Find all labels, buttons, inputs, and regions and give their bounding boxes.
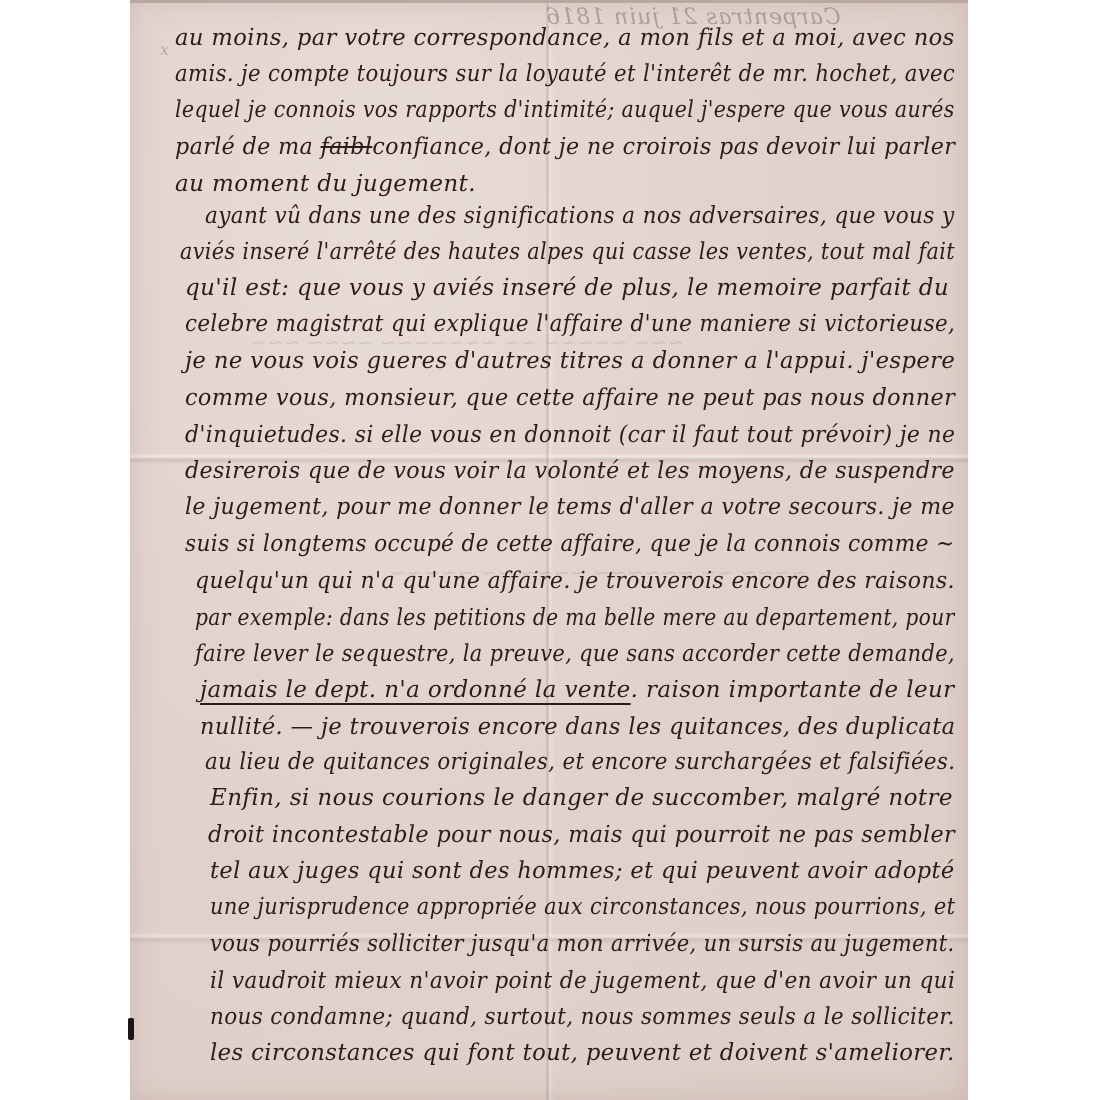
handwritten-line: aviés inseré l'arrêté des hautes alpes q… [180,239,955,265]
handwritten-line: il vaudroit mieux n'avoir point de jugem… [210,968,955,994]
handwritten-line: celebre magistrat qui explique l'affaire… [185,311,955,337]
handwritten-line: droit incontestable pour nous, mais qui … [208,822,955,848]
handwritten-line: tel aux juges qui sont des hommes; et qu… [210,858,955,884]
handwritten-line: d'inquietudes. si elle vous en donnoit (… [185,422,955,448]
handwritten-line: les circonstances qui font tout, peuvent… [210,1040,955,1066]
handwritten-line: quelqu'un qui n'a qu'une affaire. je tro… [195,568,955,594]
handwritten-line: une jurisprudence appropriée aux circons… [210,894,955,920]
handwritten-line: ayant vû dans une des significations a n… [205,203,955,229]
handwritten-line: je ne vous vois gueres d'autres titres a… [185,348,955,374]
handwritten-line: jamais le dept. n'a ordonné la vente. ra… [200,677,955,703]
handwritten-line: parlé de ma faiblconfiance, dont je ne c… [175,134,955,160]
handwritten-line: nous condamne; quand, surtout, nous somm… [210,1004,955,1030]
handwritten-line: par exemple: dans les petitions de ma be… [195,605,955,631]
struck-out-word: faibl [321,134,373,160]
handwritten-line: au lieu de quitances originales, et enco… [205,749,955,775]
handwritten-line: suis si longtems occupé de cette affaire… [185,531,955,557]
handwritten-line: vous pourriés solliciter jusqu'a mon arr… [210,931,955,957]
handwritten-line: le jugement, pour me donner le tems d'al… [185,494,955,520]
handwritten-line: faire lever le sequestre, la preuve, que… [195,641,955,667]
handwritten-line: au moment du jugement. [175,171,476,197]
handwritten-line: Enfin, si nous courions le danger de suc… [210,785,953,811]
paper-edge-tear [128,1018,134,1040]
letter-paper: Carpentras 21 juin 1816 x ~~~ ~~~~~ ~~ ~… [130,0,968,1100]
handwritten-line: comme vous, monsieur, que cette affaire … [185,385,955,411]
handwritten-line: qu'il est: que vous y aviés inseré de pl… [185,275,949,301]
margin-mark: x [160,40,169,59]
paper-top-edge [130,0,968,3]
line-segment: confiance, dont je ne croirois pas devoi… [372,134,955,160]
underlined-phrase: jamais le dept. n'a ordonné la vente [200,677,631,703]
line-segment: parlé de ma [175,134,321,160]
line-segment: . raison importante de leur [631,677,955,703]
handwritten-line: nullité. — je trouverois encore dans les… [200,714,955,740]
handwritten-line: au moins, par votre correspondance, a mo… [175,25,955,51]
handwritten-line: desirerois que de vous voir la volonté e… [185,458,955,484]
handwritten-line: lequel je connois vos rapports d'intimit… [175,97,955,123]
handwritten-line: amis. je compte toujours sur la loyauté … [175,61,955,87]
